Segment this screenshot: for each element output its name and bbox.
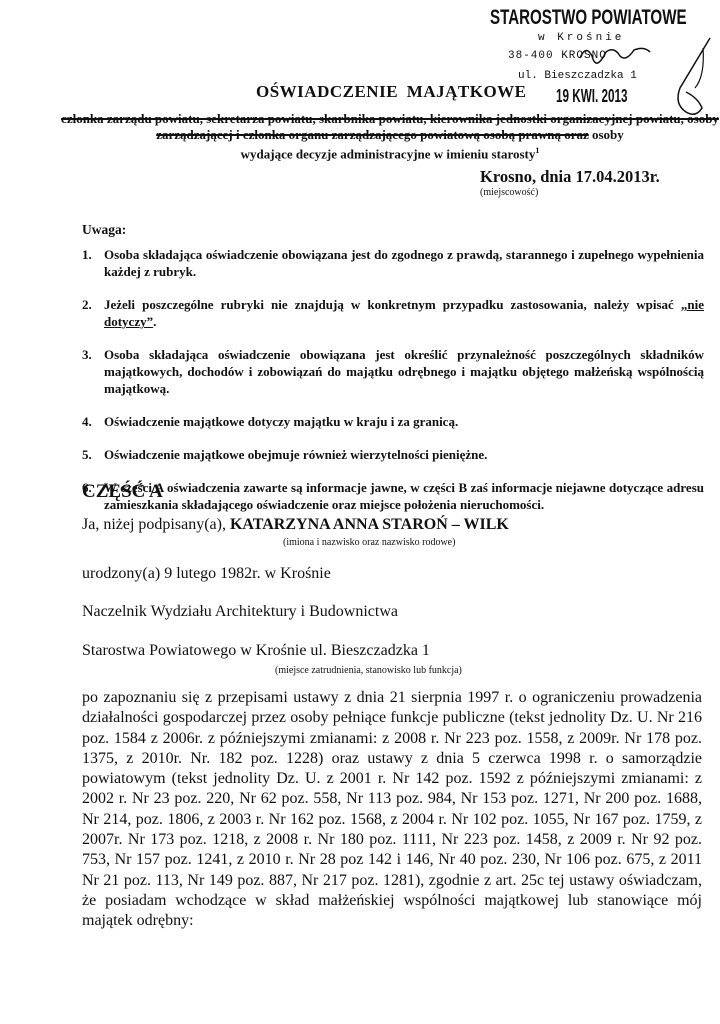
note-text: Oświadczenie majątkowe obejmuje również … xyxy=(104,446,704,463)
handwritten-signature-icon xyxy=(560,30,720,120)
note-number: 5. xyxy=(82,446,104,463)
note-item: 2. Jeżeli poszczególne rubryki nie znajd… xyxy=(82,296,704,330)
signed-prefix: Ja, niżej podpisany(a), xyxy=(82,516,230,533)
document-title: OŚWIADCZENIE MAJĄTKOWE xyxy=(256,82,527,102)
position-line: Naczelnik Wydziału Architektury i Budown… xyxy=(82,603,398,621)
note-number: 1. xyxy=(82,246,104,280)
place-label: (miejscowość) xyxy=(480,187,538,198)
part-a-heading: CZĘŚĆ A xyxy=(82,481,163,503)
place-and-date: Krosno, dnia 17.04.2013r. xyxy=(480,167,660,187)
stamp-office-name: STAROSTWO POWIATOWE xyxy=(490,6,687,30)
note-number: 4. xyxy=(82,413,104,430)
subtitle-plain-2: wydające decyzje administracyjne w imien… xyxy=(241,146,536,161)
note-item: 6. W części A oświadczenia zawarte są in… xyxy=(82,479,704,513)
signed-line: Ja, niżej podpisany(a), KATARZYNA ANNA S… xyxy=(82,516,509,534)
subtitle-plain-1: osoby xyxy=(592,127,624,142)
document-subtitle: członka zarządu powiatu, sekretarza powi… xyxy=(60,111,720,162)
note-item: 4. Oświadczenie majątkowe dotyczy majątk… xyxy=(82,413,704,430)
declaration-paragraph: po zapoznaniu się z przepisami ustawy z … xyxy=(82,688,702,932)
employment-label: (miejsce zatrudnienia, stanowisko lub fu… xyxy=(275,665,462,676)
notes-heading: Uwaga: xyxy=(82,222,126,238)
note-text-end: . xyxy=(153,314,156,329)
note-number: 3. xyxy=(82,346,104,397)
note-text: Osoba składająca oświadczenie obowiązana… xyxy=(104,246,704,280)
note-text: Oświadczenie majątkowe dotyczy majątku w… xyxy=(104,413,704,430)
birth-line: urodzony(a) 9 lutego 1982r. w Krośnie xyxy=(82,565,331,583)
note-item: 3. Osoba składająca oświadczenie obowiąz… xyxy=(82,346,704,397)
note-item: 1. Osoba składająca oświadczenie obowiąz… xyxy=(82,246,704,280)
note-text: Osoba składająca oświadczenie obowiązana… xyxy=(104,346,704,397)
footnote-marker: 1 xyxy=(535,146,539,155)
note-item: 5. Oświadczenie majątkowe obejmuje równi… xyxy=(82,446,704,463)
declarant-name: KATARZYNA ANNA STAROŃ – WILK xyxy=(230,516,509,533)
employer-line: Starostwa Powiatowego w Krośnie ul. Bies… xyxy=(82,642,430,660)
note-number: 2. xyxy=(82,296,104,330)
note-text: Jeżeli poszczególne rubryki nie znajdują… xyxy=(104,296,704,330)
name-label: (imiona i nazwisko oraz nazwisko rodowe) xyxy=(283,537,455,548)
note-text-main: Jeżeli poszczególne rubryki nie znajdują… xyxy=(104,297,681,312)
note-text: W części A oświadczenia zawarte są infor… xyxy=(104,479,704,513)
notes-list: 1. Osoba składająca oświadczenie obowiąz… xyxy=(82,246,704,529)
